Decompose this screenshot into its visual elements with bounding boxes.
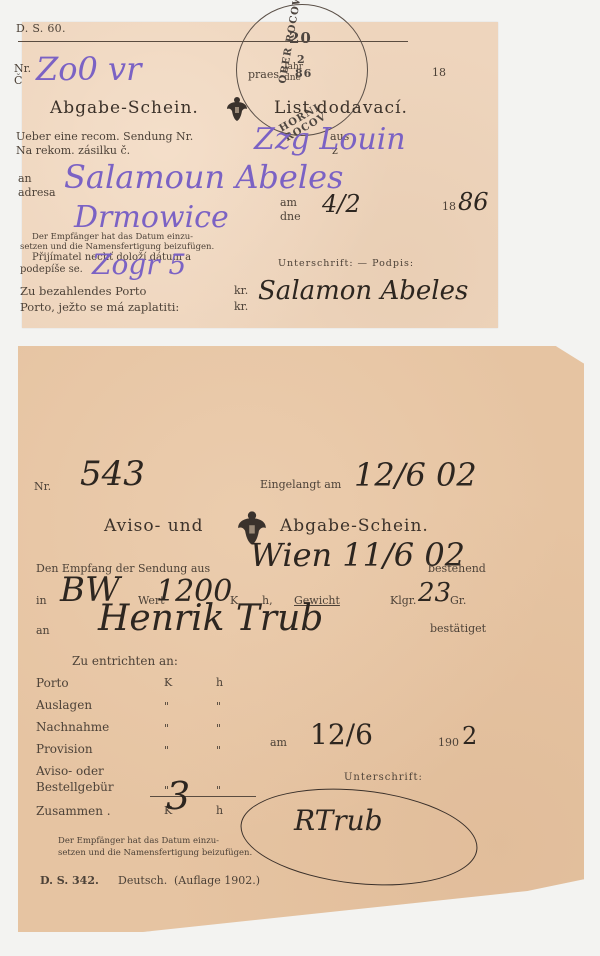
year-prefix: 190 xyxy=(438,736,459,749)
an-label: an xyxy=(36,624,50,637)
fee-row-label: Aviso- oder xyxy=(36,764,104,778)
bestehend-label: bestehend xyxy=(428,562,486,575)
gr-label: Gr. xyxy=(450,594,466,607)
form-code: D. S. 342. xyxy=(40,874,99,887)
title-right: Abgabe-Schein. xyxy=(280,516,429,536)
eingelangt-label: Eingelangt am xyxy=(260,478,341,491)
sendung-label-cz: Na rekom. zásilku č. xyxy=(16,144,130,157)
nr-handwritten: Zo0 vr xyxy=(36,50,141,88)
klgr-label: Klgr. xyxy=(390,594,416,607)
year-prefix: 18 xyxy=(442,200,456,213)
receipt-slip-1902: Nr. 543 Eingelangt am 12/6 02 Aviso- und… xyxy=(18,346,584,932)
instruction-1: Der Empfänger hat das Datum einzu- xyxy=(58,836,219,846)
signature-label: Unterschrift: xyxy=(344,772,423,783)
fee-row-label: Auslagen xyxy=(36,698,92,712)
fee-row-label: Provision xyxy=(36,742,93,756)
eingelangt-handwritten: 12/6 02 xyxy=(354,456,477,494)
dne-label: dne xyxy=(284,73,301,83)
fee-row-k: " xyxy=(164,700,169,713)
fee-row-label: Bestellgebür xyxy=(36,780,114,794)
fee-row-h: " xyxy=(216,722,221,735)
fee-row-label: Zusammen . xyxy=(36,804,111,818)
fee-row-h: h xyxy=(216,676,223,689)
fee-row-h: " xyxy=(216,744,221,757)
an-label: an xyxy=(18,172,32,185)
in-label: in xyxy=(36,594,47,607)
fee-row-k: K xyxy=(164,676,172,689)
nr-handwritten: 543 xyxy=(80,454,145,494)
address-handwritten: Drmowice xyxy=(74,200,229,235)
jahr-label: Jahr xyxy=(284,62,303,72)
form-code: D. S. 60. xyxy=(16,22,66,35)
porto-label-cz: Porto, ježto se má zaplatiti: xyxy=(20,300,179,314)
signature-handwritten: Salamon Abeles xyxy=(258,276,468,306)
year-prefix-top: 18 xyxy=(432,66,446,79)
zusammen-handwritten: 3 xyxy=(166,774,190,818)
fee-row-k: " xyxy=(164,722,169,735)
postmark-day: 20 xyxy=(289,29,312,47)
praes-label: praes. xyxy=(248,68,283,81)
dne2-label: dne xyxy=(280,210,301,223)
fee-row-label: Porto xyxy=(36,676,69,690)
recipient-handwritten: Henrik Trub xyxy=(98,598,323,639)
form-edition: (Auflage 1902.) xyxy=(174,874,260,887)
form-lang: Deutsch. xyxy=(118,874,167,887)
zu-entrichten-label: Zu entrichten an: xyxy=(72,654,178,668)
title-cz: List dodavací. xyxy=(274,98,408,118)
fee-row-label: Nachnahme xyxy=(36,720,109,734)
kr-label-1: kr. xyxy=(234,284,248,297)
kr-label-2: kr. xyxy=(234,300,248,313)
signature-handwritten: RTrub xyxy=(294,804,383,837)
signature-label: Unterschrift: — Podpis: xyxy=(278,258,414,269)
date-handwritten: 12/6 xyxy=(310,718,373,751)
c-label: Č xyxy=(14,74,22,87)
fee-row-h: h xyxy=(216,804,223,817)
bestaetiget-label: bestätiget xyxy=(430,622,486,635)
gr-handwritten: 23 xyxy=(418,578,451,608)
fee-row-k: " xyxy=(164,744,169,757)
double-eagle-icon xyxy=(226,96,248,122)
am-label: am xyxy=(270,736,287,749)
year-handwritten: 2 xyxy=(462,722,477,750)
receipt-slip-1886: D. S. 60. OBER ROCOW HORNI ROCOV 20 2 86… xyxy=(22,22,498,328)
title-left: Aviso- und xyxy=(104,516,204,536)
nr-label: Nr. xyxy=(34,480,51,493)
title-de: Abgabe-Schein. xyxy=(50,98,199,118)
fee-row-h: " xyxy=(216,700,221,713)
origin-handwritten: Zzg Louin xyxy=(254,122,406,157)
sendung-label-de: Ueber eine recom. Sendung Nr. xyxy=(16,130,193,143)
signature-flourish xyxy=(236,778,483,896)
adresa-label: adresa xyxy=(18,186,56,199)
instruction-cz-2: podepíše se. xyxy=(20,264,83,275)
instruction-de-1: Der Empfänger hat das Datum einzu- xyxy=(32,232,193,242)
recipient-handwritten: Salamoun Abeles xyxy=(64,158,343,196)
year-handwritten: 86 xyxy=(458,188,489,216)
instruction-2: setzen und die Namensfertigung beizufüge… xyxy=(58,848,252,858)
porto-handwritten: Zogr 5 xyxy=(92,248,186,281)
am-label: am xyxy=(280,196,297,209)
date-handwritten: 4/2 xyxy=(322,190,361,218)
porto-label-de: Zu bezahlendes Porto xyxy=(20,284,146,298)
